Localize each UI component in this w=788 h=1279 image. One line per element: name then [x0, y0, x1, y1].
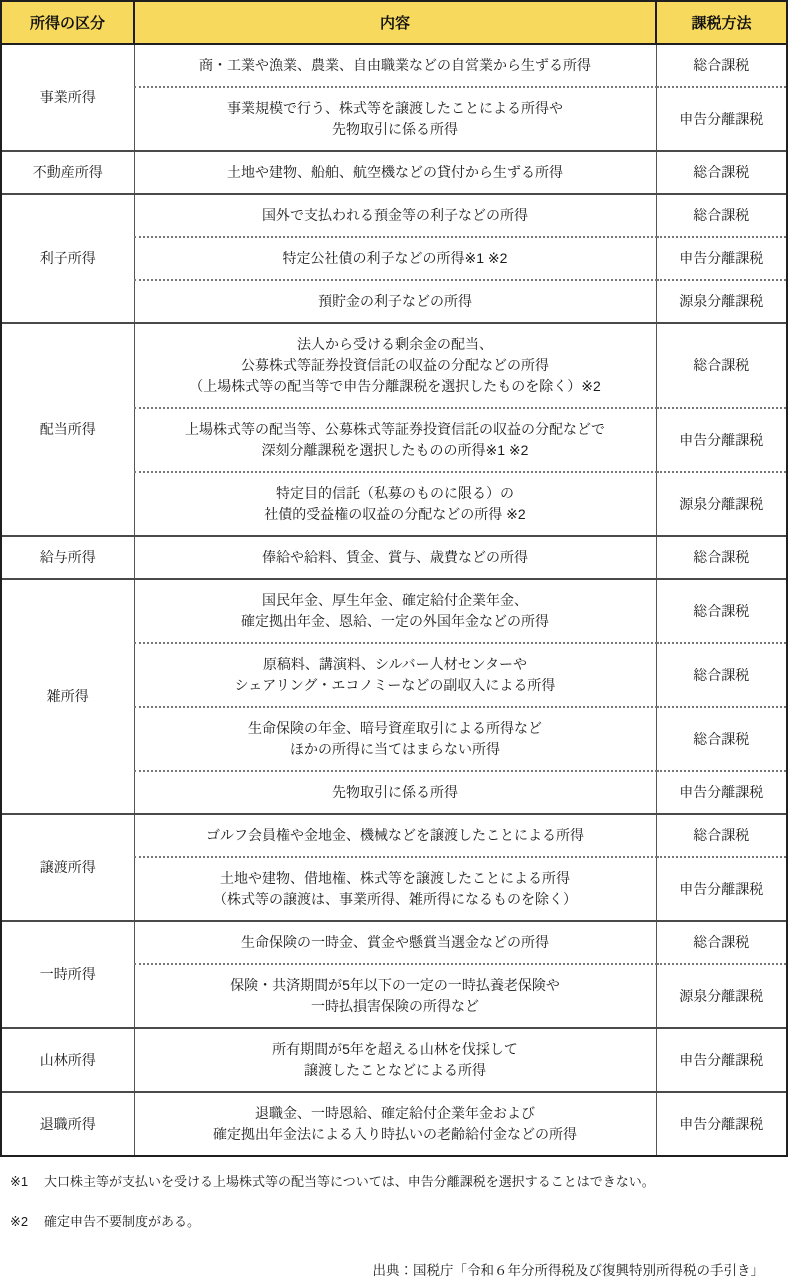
- tax-cell: 申告分離課税: [656, 408, 787, 472]
- tax-cell: 総合課税: [656, 194, 787, 237]
- table-row: 不動産所得土地や建物、船舶、航空機などの貸付から生ずる所得総合課税: [1, 151, 787, 194]
- table-row: 退職所得退職金、一時恩給、確定給付企業年金および確定拠出年金法による入り時払いの…: [1, 1092, 787, 1156]
- footnote-mark: ※2: [10, 1213, 44, 1231]
- content-line: 預貯金の利子などの所得: [141, 291, 650, 312]
- table-row: 配当所得法人から受ける剰余金の配当、公募株式等証券投資信託の収益の分配などの所得…: [1, 323, 787, 408]
- header-row: 所得の区分 内容 課税方法: [1, 1, 787, 44]
- content-cell: ゴルフ会員権や金地金、機械などを譲渡したことによる所得: [134, 814, 656, 857]
- content-cell: 生命保険の年金、暗号資産取引による所得などほかの所得に当てはまらない所得: [134, 707, 656, 771]
- content-cell: 土地や建物、借地権、株式等を譲渡したことによる所得（株式等の譲渡は、事業所得、雑…: [134, 857, 656, 921]
- content-line: 一時払損害保険の所得など: [141, 996, 650, 1017]
- footnote-text: 大口株主等が支払いを受ける上場株式等の配当等については、申告分離課税を選択するこ…: [44, 1173, 655, 1191]
- content-cell: 預貯金の利子などの所得: [134, 280, 656, 323]
- content-line: ゴルフ会員権や金地金、機械などを譲渡したことによる所得: [141, 825, 650, 846]
- content-cell: 所有期間が5年を超える山林を伐採して譲渡したことなどによる所得: [134, 1028, 656, 1092]
- tax-cell: 総合課税: [656, 579, 787, 643]
- category-cell: 山林所得: [1, 1028, 134, 1092]
- content-line: 法人から受ける剰余金の配当、: [141, 334, 650, 355]
- content-line: 所有期間が5年を超える山林を伐採して: [141, 1039, 650, 1060]
- content-line: 深刻分離課税を選択したものの所得※1 ※2: [141, 440, 650, 461]
- tax-cell: 総合課税: [656, 151, 787, 194]
- footnote-1: ※1 大口株主等が支払いを受ける上場株式等の配当等については、申告分離課税を選択…: [10, 1173, 778, 1191]
- content-line: 上場株式等の配当等、公募株式等証券投資信託の収益の分配などで: [141, 419, 650, 440]
- footnote-mark: ※1: [10, 1173, 44, 1191]
- category-cell: 利子所得: [1, 194, 134, 323]
- header-cell-tax-method: 課税方法: [656, 1, 787, 44]
- content-line: 生命保険の年金、暗号資産取引による所得など: [141, 718, 650, 739]
- category-cell: 一時所得: [1, 921, 134, 1028]
- source-citation: 出典：国税庁「令和６年分所得税及び復興特別所得税の手引き」: [10, 1253, 778, 1279]
- content-cell: 生命保険の一時金、賞金や懸賞当選金などの所得: [134, 921, 656, 964]
- table-row: 譲渡所得ゴルフ会員権や金地金、機械などを譲渡したことによる所得総合課税: [1, 814, 787, 857]
- header-cell-content: 内容: [134, 1, 656, 44]
- table-body: 事業所得商・工業や漁業、農業、自由職業などの自営業から生ずる所得総合課税事業規模…: [1, 44, 787, 1156]
- content-cell: 上場株式等の配当等、公募株式等証券投資信託の収益の分配などで深刻分離課税を選択し…: [134, 408, 656, 472]
- content-line: 確定拠出年金法による入り時払いの老齢給付金などの所得: [141, 1124, 650, 1145]
- content-line: ほかの所得に当てはまらない所得: [141, 739, 650, 760]
- content-cell: 退職金、一時恩給、確定給付企業年金および確定拠出年金法による入り時払いの老齢給付…: [134, 1092, 656, 1156]
- content-line: 先物取引に係る所得: [141, 782, 650, 803]
- tax-cell: 申告分離課税: [656, 237, 787, 280]
- tax-cell: 申告分離課税: [656, 1092, 787, 1156]
- table-row: 事業所得商・工業や漁業、農業、自由職業などの自営業から生ずる所得総合課税: [1, 44, 787, 87]
- tax-cell: 総合課税: [656, 643, 787, 707]
- content-line: 土地や建物、借地権、株式等を譲渡したことによる所得: [141, 868, 650, 889]
- content-line: 譲渡したことなどによる所得: [141, 1060, 650, 1081]
- header-cell-category: 所得の区分: [1, 1, 134, 44]
- table-row: 雑所得国民年金、厚生年金、確定給付企業年金、確定拠出年金、恩給、一定の外国年金な…: [1, 579, 787, 643]
- content-cell: 商・工業や漁業、農業、自由職業などの自営業から生ずる所得: [134, 44, 656, 87]
- tax-cell: 源泉分離課税: [656, 472, 787, 536]
- income-tax-table: 所得の区分 内容 課税方法 事業所得商・工業や漁業、農業、自由職業などの自営業か…: [0, 0, 788, 1157]
- content-line: 先物取引に係る所得: [141, 119, 650, 140]
- content-cell: 特定公社債の利子などの所得※1 ※2: [134, 237, 656, 280]
- footnote-2: ※2 確定申告不要制度がある。: [10, 1213, 778, 1231]
- content-line: 原稿料、講演料、シルバー人材センターや: [141, 654, 650, 675]
- category-cell: 配当所得: [1, 323, 134, 536]
- content-line: 特定公社債の利子などの所得※1 ※2: [141, 248, 650, 269]
- tax-cell: 総合課税: [656, 921, 787, 964]
- content-cell: 法人から受ける剰余金の配当、公募株式等証券投資信託の収益の分配などの所得（上場株…: [134, 323, 656, 408]
- content-cell: 国民年金、厚生年金、確定給付企業年金、確定拠出年金、恩給、一定の外国年金などの所…: [134, 579, 656, 643]
- category-cell: 給与所得: [1, 536, 134, 579]
- table-row: 一時所得生命保険の一時金、賞金や懸賞当選金などの所得総合課税: [1, 921, 787, 964]
- content-line: （株式等の譲渡は、事業所得、雑所得になるものを除く）: [141, 889, 650, 910]
- content-line: 保険・共済期間が5年以下の一定の一時払養老保険や: [141, 975, 650, 996]
- content-line: 俸給や給料、賃金、賞与、歳費などの所得: [141, 547, 650, 568]
- category-cell: 事業所得: [1, 44, 134, 151]
- tax-cell: 総合課税: [656, 707, 787, 771]
- content-cell: 先物取引に係る所得: [134, 771, 656, 814]
- content-line: （上場株式等の配当等で申告分離課税を選択したものを除く）※2: [141, 376, 650, 397]
- content-line: 社債的受益権の収益の分配などの所得 ※2: [141, 504, 650, 525]
- category-cell: 譲渡所得: [1, 814, 134, 921]
- content-cell: 国外で支払われる預金等の利子などの所得: [134, 194, 656, 237]
- table-row: 給与所得俸給や給料、賃金、賞与、歳費などの所得総合課税: [1, 536, 787, 579]
- content-line: 退職金、一時恩給、確定給付企業年金および: [141, 1103, 650, 1124]
- category-cell: 退職所得: [1, 1092, 134, 1156]
- content-line: 土地や建物、船舶、航空機などの貸付から生ずる所得: [141, 162, 650, 183]
- footnote-text: 確定申告不要制度がある。: [44, 1213, 200, 1231]
- tax-cell: 源泉分離課税: [656, 280, 787, 323]
- content-line: 国民年金、厚生年金、確定給付企業年金、: [141, 590, 650, 611]
- tax-cell: 申告分離課税: [656, 857, 787, 921]
- tax-cell: 総合課税: [656, 814, 787, 857]
- content-line: 特定目的信託（私募のものに限る）の: [141, 483, 650, 504]
- content-line: 国外で支払われる預金等の利子などの所得: [141, 205, 650, 226]
- content-cell: 土地や建物、船舶、航空機などの貸付から生ずる所得: [134, 151, 656, 194]
- content-cell: 事業規模で行う、株式等を譲渡したことによる所得や先物取引に係る所得: [134, 87, 656, 151]
- content-line: 事業規模で行う、株式等を譲渡したことによる所得や: [141, 98, 650, 119]
- content-line: 確定拠出年金、恩給、一定の外国年金などの所得: [141, 611, 650, 632]
- content-cell: 保険・共済期間が5年以下の一定の一時払養老保険や一時払損害保険の所得など: [134, 964, 656, 1028]
- tax-cell: 申告分離課税: [656, 1028, 787, 1092]
- content-cell: 特定目的信託（私募のものに限る）の社債的受益権の収益の分配などの所得 ※2: [134, 472, 656, 536]
- table-row: 利子所得国外で支払われる預金等の利子などの所得総合課税: [1, 194, 787, 237]
- income-tax-page: 所得の区分 内容 課税方法 事業所得商・工業や漁業、農業、自由職業などの自営業か…: [0, 0, 788, 1279]
- tax-cell: 申告分離課税: [656, 771, 787, 814]
- content-line: シェアリング・エコノミーなどの副収入による所得: [141, 675, 650, 696]
- table-row: 山林所得所有期間が5年を超える山林を伐採して譲渡したことなどによる所得申告分離課…: [1, 1028, 787, 1092]
- footnotes: ※1 大口株主等が支払いを受ける上場株式等の配当等については、申告分離課税を選択…: [0, 1157, 788, 1279]
- tax-cell: 総合課税: [656, 323, 787, 408]
- content-line: 生命保険の一時金、賞金や懸賞当選金などの所得: [141, 932, 650, 953]
- category-cell: 不動産所得: [1, 151, 134, 194]
- content-line: 公募株式等証券投資信託の収益の分配などの所得: [141, 355, 650, 376]
- content-line: 商・工業や漁業、農業、自由職業などの自営業から生ずる所得: [141, 55, 650, 76]
- tax-cell: 総合課税: [656, 536, 787, 579]
- tax-cell: 総合課税: [656, 44, 787, 87]
- tax-cell: 申告分離課税: [656, 87, 787, 151]
- content-cell: 原稿料、講演料、シルバー人材センターやシェアリング・エコノミーなどの副収入による…: [134, 643, 656, 707]
- content-cell: 俸給や給料、賃金、賞与、歳費などの所得: [134, 536, 656, 579]
- category-cell: 雑所得: [1, 579, 134, 814]
- tax-cell: 源泉分離課税: [656, 964, 787, 1028]
